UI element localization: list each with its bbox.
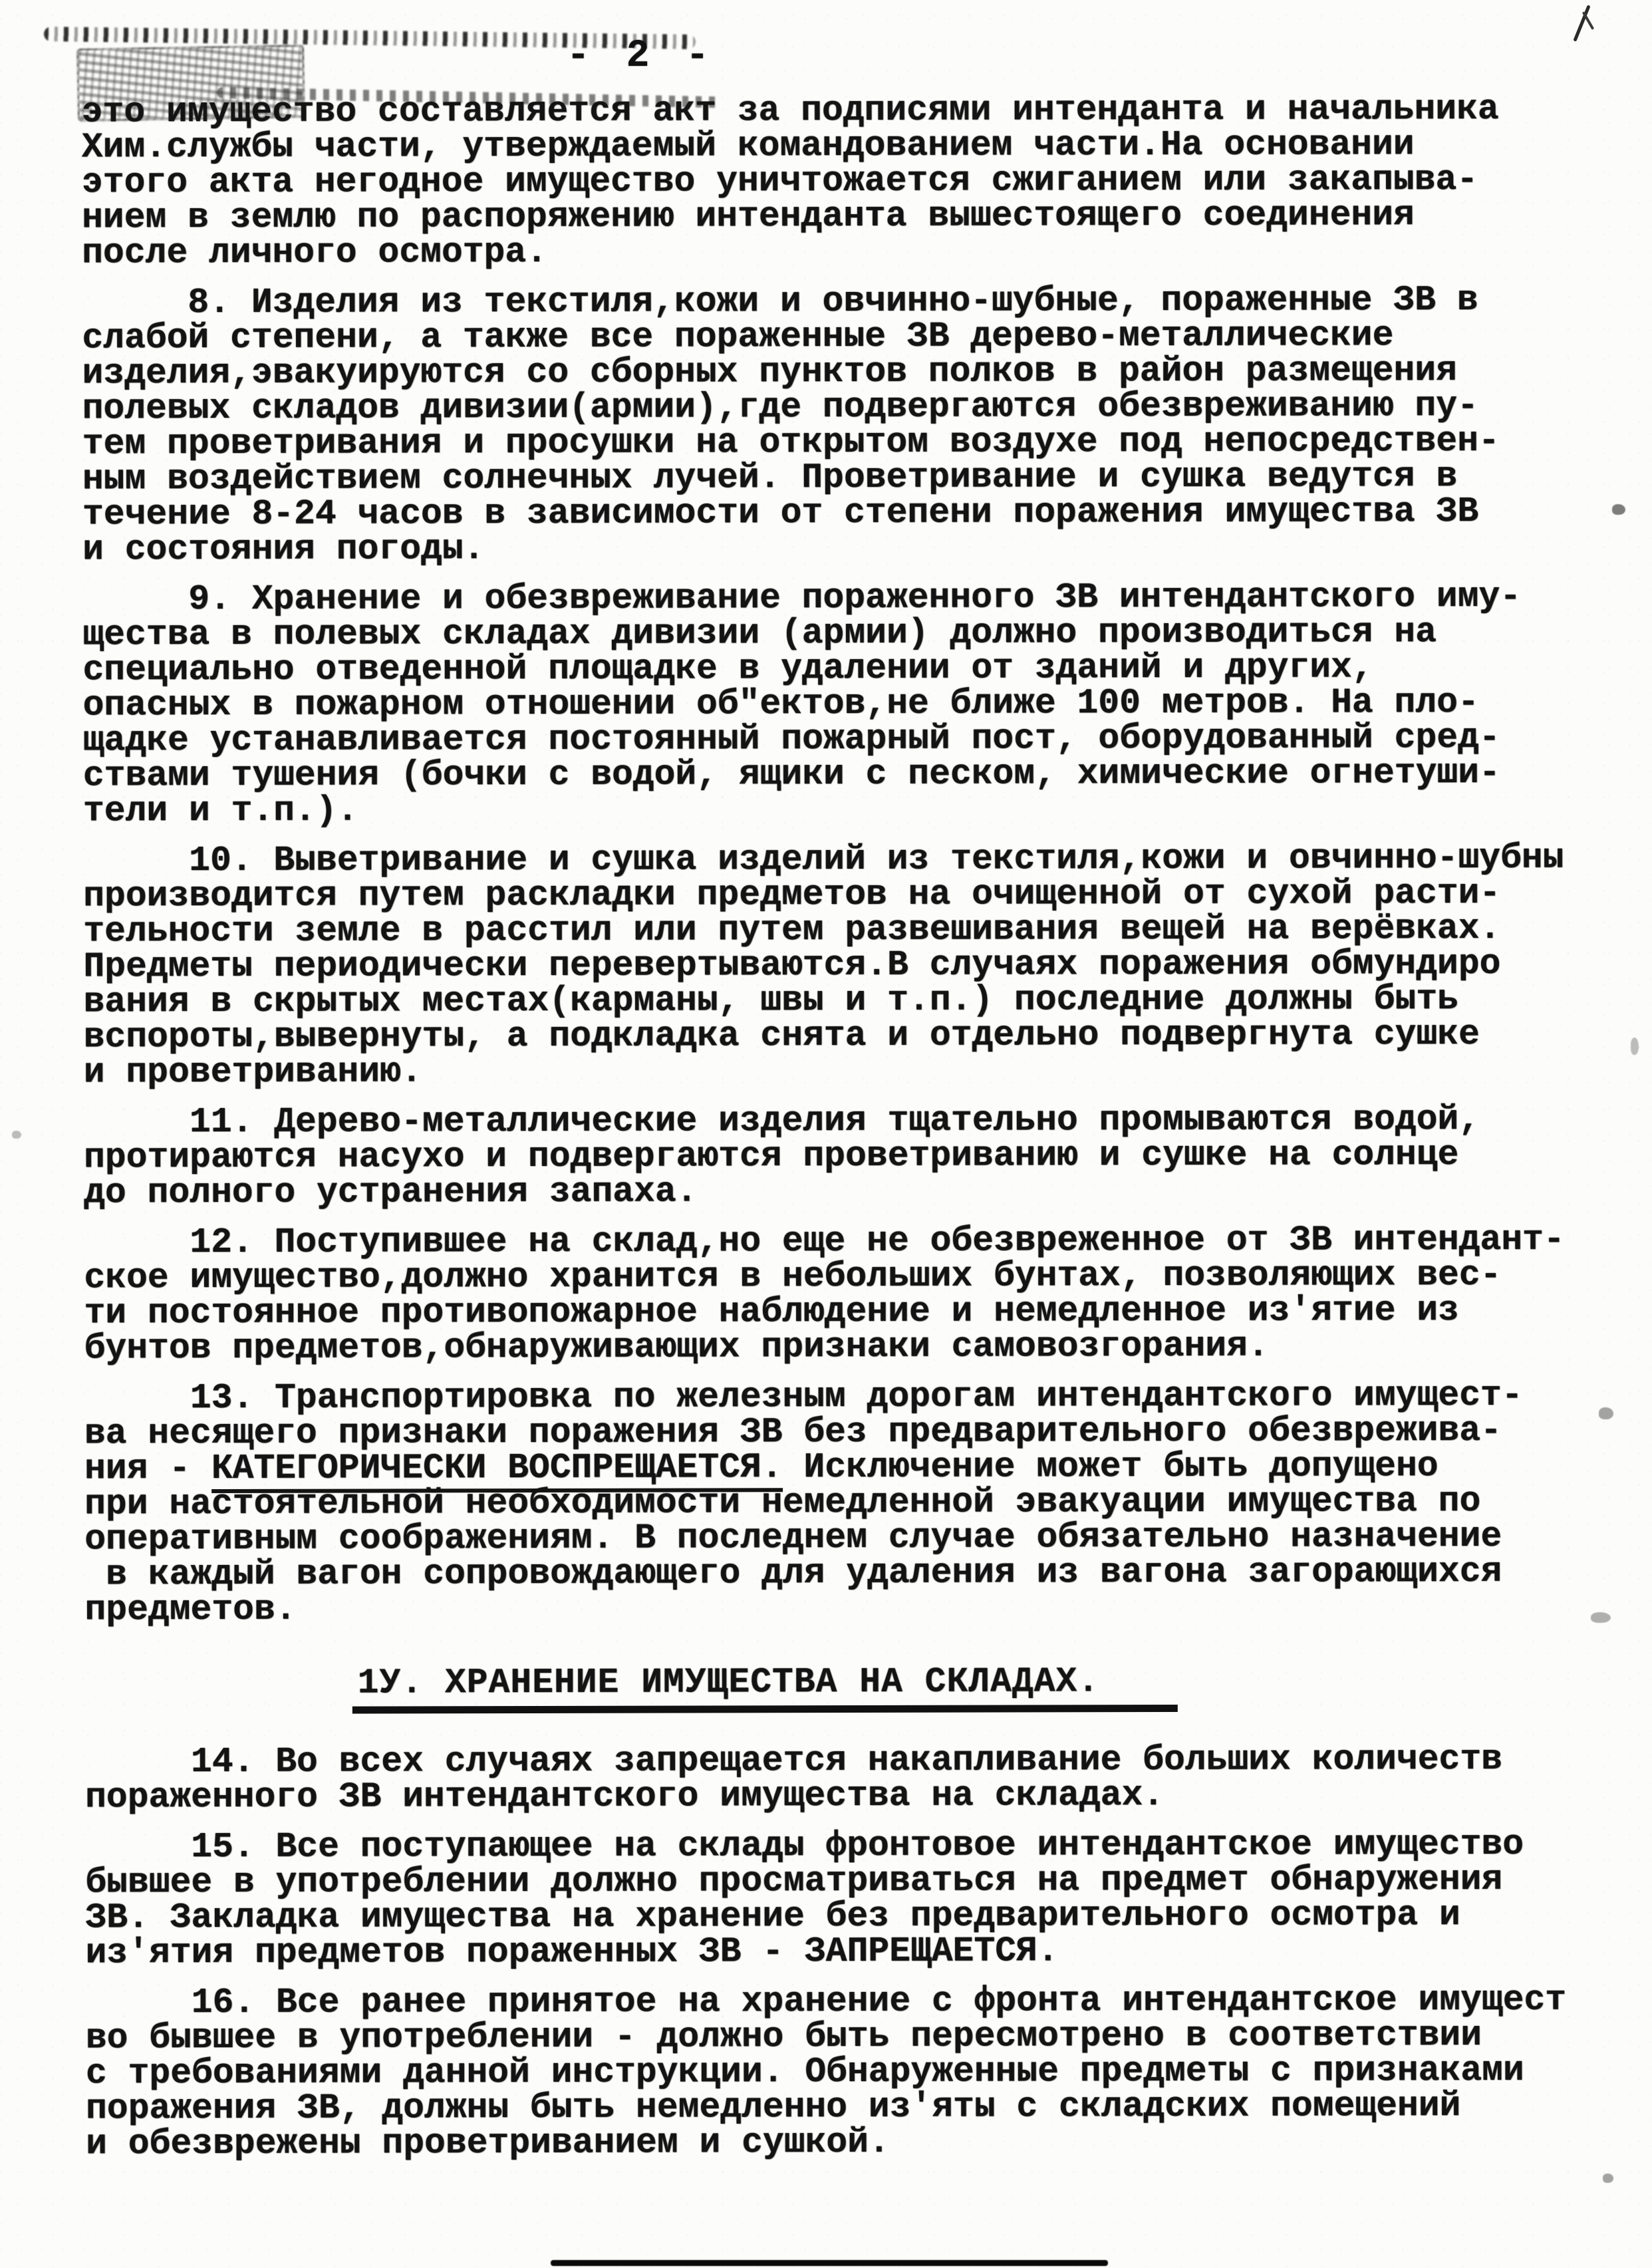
text-line: после личного осмотра. <box>82 233 1618 271</box>
typewritten-page: это имущество составляется акт за подпис… <box>82 92 1623 2177</box>
scan-edge-artifact <box>551 2260 1108 2266</box>
text-line: бунтов предметов,обнаруживающих признаки… <box>84 1328 1621 1367</box>
text-line: 14. Во всех случаях запрещается накаплив… <box>85 1742 1621 1780</box>
scan-speck <box>12 1131 21 1139</box>
text-line: течение 8-24 часов в зависимости от степ… <box>82 494 1619 533</box>
text-line: предметов. <box>84 1590 1621 1628</box>
paragraph-14: 14. Во всех случаях запрещается накаплив… <box>85 1742 1621 1816</box>
paragraph-15: 15. Все поступающее на склады фронтовое … <box>85 1827 1621 1971</box>
text-line: и состояния погоды. <box>82 529 1619 568</box>
section-heading: 1У. ХРАНЕНИЕ ИМУЩЕСТВА НА СКЛАДАХ. <box>352 1664 1178 1714</box>
text-line: протираются насухо и подвергаются провет… <box>84 1137 1620 1176</box>
text-line: пораженного ЗВ интендантского имущества … <box>85 1777 1621 1816</box>
text-line: ствами тушения (бочки с водой, ящики с п… <box>83 756 1619 794</box>
paragraph-10: 10. Выветривание и сушка изделий из текс… <box>83 841 1620 1091</box>
text-line: поражения ЗВ, должны быть немедленно из'… <box>86 2088 1622 2127</box>
text-line: из'ятия предметов пораженных ЗВ - ЗАПРЕЩ… <box>86 1933 1622 1971</box>
text-segment: ния - <box>84 1449 211 1488</box>
text-line: вспороты,вывернуты, а подкладка снята и … <box>84 1017 1620 1056</box>
text-line: и обезврежены проветриванием и сушкой. <box>86 2124 1622 2162</box>
paragraph-8: 8. Изделия из текстиля,кожи и овчинно-шу… <box>82 283 1619 568</box>
paragraph-12: 12. Поступившее на склад,но еще не обезв… <box>84 1222 1620 1367</box>
text-line: щества в полевых складах дивизии (армии)… <box>82 615 1619 653</box>
text-line: ЗВ. Закладка имущества на хранение без п… <box>85 1898 1621 1936</box>
text-line: ти постоянное противопожарное наблюдение… <box>84 1293 1621 1332</box>
scan-speck <box>1603 2174 1613 2183</box>
text-line: в каждый вагон сопровождающего для удале… <box>84 1554 1621 1593</box>
text-line: нием в землю по распоряжению интенданта … <box>82 198 1618 236</box>
text-line: тели и т.п.). <box>83 791 1619 829</box>
text-line: и проветриванию. <box>84 1052 1620 1091</box>
paragraph-16: 16. Все ранее принятое на хранение с фро… <box>86 1983 1623 2162</box>
paragraph-9: 9. Хранение и обезвреживание пораженного… <box>82 579 1619 829</box>
text-line: до полного устранения запаха. <box>84 1173 1620 1211</box>
paragraph-13: 13. Транспортировка по железным дорогам … <box>84 1378 1621 1628</box>
paragraph-11: 11. Дерево-металлические изделия тщатель… <box>84 1102 1620 1211</box>
paragraph-intro: это имущество составляется акт за подпис… <box>82 92 1619 271</box>
page-number: - 2 - <box>567 35 716 78</box>
scan-speck <box>1631 1038 1639 1055</box>
pen-mark-artifact <box>1574 4 1593 45</box>
